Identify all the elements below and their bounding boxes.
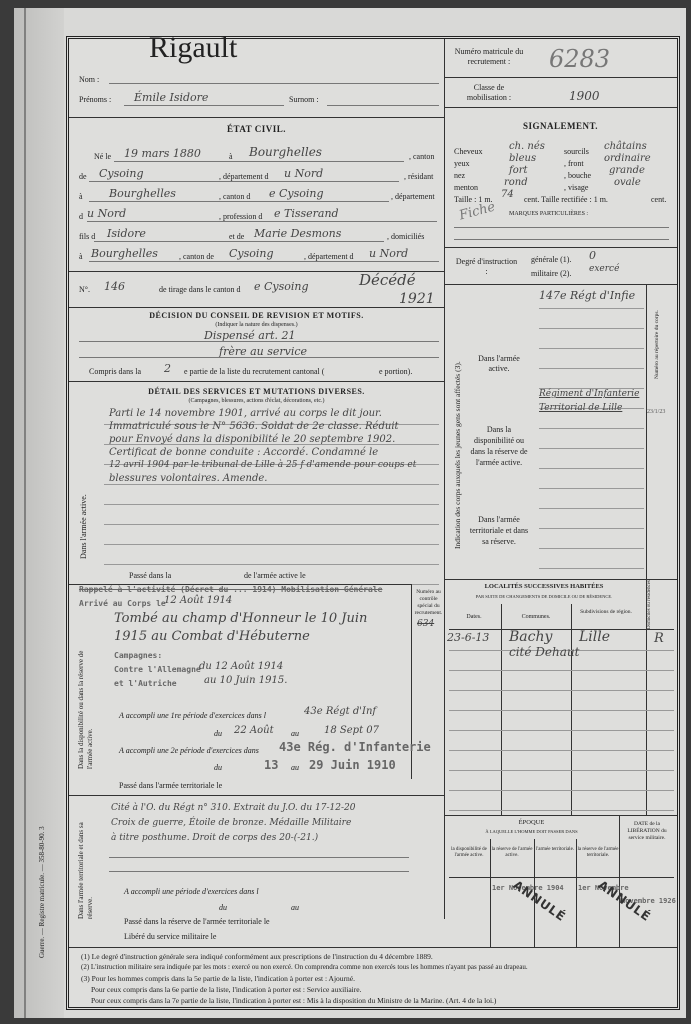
- arrive-date: 12 Août 1914: [164, 595, 232, 606]
- localite-date: 23-6-13: [447, 631, 489, 644]
- surnom-label: Surnom :: [289, 95, 319, 104]
- epoque-col-reserve-active: la réserve de l'armée active.: [491, 847, 533, 859]
- affectation-reserve-value-1: Régiment d'Infanterie: [539, 389, 639, 399]
- domicile-canton: Cysoing: [229, 247, 274, 260]
- nom-label: Nom :: [79, 75, 99, 84]
- birth-place: Bourghelles: [249, 145, 322, 159]
- localite-commune: Bachy: [509, 629, 552, 645]
- canton-prefix: de: [79, 172, 87, 181]
- instruction-label: Degré d'instruction :: [454, 257, 519, 277]
- periode-2-label: A accompli une 2e période d'exercices da…: [119, 746, 259, 755]
- rappele-stamp: Rappelé à l'activité (Décret du ... 1914…: [79, 585, 382, 594]
- campagne-1-dates: du 12 Août 1914: [199, 661, 283, 672]
- taille-cent2-label: cent.: [651, 195, 666, 204]
- decision-subtitle: (Indiquer la nature des dispenses.): [69, 322, 444, 328]
- service-line: blessures volontaires. Amende.: [109, 472, 416, 485]
- tirage-number: 146: [104, 280, 125, 293]
- birth-canton: Cysoing: [99, 167, 144, 180]
- instruction-militaire-value: exercé: [589, 264, 619, 274]
- matricule-value: 6283: [549, 45, 610, 73]
- localites-col-subdivisions: Subdivisions de région.: [571, 609, 641, 616]
- dispo-side-label: Dans la disponibilité ou dans la réserve…: [77, 639, 95, 769]
- prenoms-label: Prénoms :: [79, 95, 111, 104]
- domicile-prefix: à: [79, 252, 83, 261]
- visage-value: ovale: [614, 177, 641, 188]
- residence-dept-prefix: d: [79, 212, 83, 221]
- residence: Bourghelles: [109, 187, 176, 200]
- date-liberation-label: DATE de la LIBÉRATION du service militai…: [621, 821, 673, 842]
- affectation-reserve-note: 23/1/23: [647, 409, 665, 415]
- father-name: Isidore: [107, 227, 146, 240]
- affectation-territoriale-label: Dans l'armée territoriale et dans sa rés…: [469, 514, 529, 547]
- instruction-militaire-label: militaire (2).: [531, 269, 571, 278]
- citation-line: à titre posthume. Droit de corps des 20-…: [111, 831, 355, 846]
- decede-year: 1921: [399, 291, 435, 307]
- binding-spine: [24, 8, 26, 1018]
- affectation-side-label: Indication des corps auxquels les jeunes…: [453, 361, 462, 549]
- footnotes: (1) Le degré d'instruction générale sera…: [81, 951, 528, 1006]
- front-value: ordinaire: [604, 153, 651, 164]
- active-side-label: Dans l'armée active.: [79, 494, 88, 559]
- numero-label: Numéro au contrôle spécial du recrutemen…: [413, 589, 444, 617]
- sourcils-label: sourcils: [564, 147, 589, 156]
- nom-value: Rigault: [149, 31, 237, 65]
- arrive-stamp: Arrivé au Corps le: [79, 599, 166, 608]
- footnote-5: Pour ceux compris dans la 7e partie de l…: [81, 995, 528, 1006]
- campagne-2-dates: au 10 Juin 1915.: [204, 675, 287, 686]
- domicile-dept-label: , département d: [304, 252, 354, 261]
- localite-type: R: [654, 631, 664, 646]
- instruction-generale-label: générale (1).: [531, 255, 571, 264]
- localites-title: LOCALITÉS SUCCESSIVES HABITÉES: [444, 583, 644, 590]
- bouche-value: grande: [609, 165, 645, 176]
- service-line: Certificat de bonne conduite : Accordé. …: [109, 446, 416, 459]
- mother-name: Marie Desmons: [254, 227, 341, 240]
- front-label: , front: [564, 159, 584, 168]
- localites-subtitle: PAR SUITE DE CHANGEMENTS DE DOMICILE OU …: [444, 594, 644, 599]
- service-line: Immatriculé sous le N° 5636. Soldat de 2…: [109, 420, 416, 433]
- periode-1-au: 18 Sept 07: [324, 725, 379, 736]
- birth-dept: u Nord: [284, 167, 323, 180]
- yeux-label: yeux: [454, 159, 470, 168]
- visage-label: , visage: [564, 183, 588, 192]
- periode-2-au: 29 Juin 1910: [309, 758, 396, 772]
- periode-2-du: 13: [264, 758, 278, 772]
- service-line: 12 avril 1904 par le tribunal de Lille à…: [109, 459, 416, 472]
- campagne-1: Contre l'Allemagne: [114, 665, 201, 674]
- affectation-active-label: Dans l'armée active.: [469, 354, 529, 374]
- profession-label: , profession d: [219, 212, 262, 221]
- footnote-1: (1) Le degré d'instruction générale sera…: [81, 951, 528, 962]
- cheveux-label: Cheveux: [454, 147, 482, 156]
- libere-label: Libéré du service militaire le: [124, 932, 216, 941]
- profession: e Tisserand: [274, 207, 339, 220]
- localite-commune-2: cité Dehaut: [509, 645, 579, 659]
- death-line-2: 1915 au Combat d'Hébuterne: [114, 629, 310, 644]
- portion-text: e portion).: [379, 367, 412, 376]
- residence-dept-label: , département: [391, 192, 435, 201]
- citation-line: Cité à l'O. du Régt n° 310. Extrait du J…: [111, 801, 355, 816]
- compris-value: 2: [164, 362, 171, 375]
- tirage-label: N°.: [79, 285, 90, 294]
- compris-label: Compris dans la: [89, 367, 141, 376]
- affectation-reserve-value-2: Territorial de Lille: [539, 403, 622, 413]
- fils-label: fils d: [79, 232, 95, 241]
- periode-1-du: 22 Août: [234, 725, 274, 736]
- services-subtitle: (Campagnes, blessures, actions d'éclat, …: [69, 398, 444, 404]
- residant-label: , résidant: [404, 172, 433, 181]
- matricule-form: Rigault Nom : Prénoms : Émile Isidore Su…: [66, 36, 680, 1010]
- footnote-4: Pour ceux compris dans la 6e partie de l…: [81, 984, 528, 995]
- nez-label: nez: [454, 171, 465, 180]
- localites-col-communes: Communes.: [501, 614, 571, 620]
- periode-2-au-label: au: [291, 763, 299, 772]
- periode-terr-label: A accompli une période d'exercices dans …: [124, 887, 259, 896]
- periode-terr-du: du: [219, 903, 227, 912]
- birth-date: 19 mars 1880: [124, 147, 201, 160]
- yeux-value: bleus: [509, 153, 536, 164]
- instruction-generale-value: 0: [589, 249, 596, 262]
- epoque-col-reserve-territoriale: la réserve de l'armée territoriale.: [577, 847, 619, 859]
- matricule-label: Numéro matricule du recrutement :: [454, 47, 524, 67]
- localite-subdivision: Lille: [579, 629, 610, 645]
- reserve-terr-label: Passé dans la réserve de l'armée territo…: [124, 917, 270, 926]
- epoque-title: ÉPOQUE: [444, 819, 619, 826]
- residence-canton: e Cysoing: [269, 187, 324, 200]
- periode-1-label: A accompli une 1re période d'exercices d…: [119, 711, 266, 720]
- compris-text: e partie de la liste du recrutement cant…: [184, 367, 324, 376]
- passe-mid: de l'armée active le: [244, 571, 306, 580]
- classe-value: 1900: [569, 89, 600, 103]
- column-divider: [444, 39, 445, 919]
- domicile: Bourghelles: [91, 247, 158, 260]
- prenoms-value: Émile Isidore: [134, 91, 208, 104]
- campagne-2: et l'Autriche: [114, 679, 177, 688]
- menton-label: menton: [454, 183, 478, 192]
- services-lines: Parti le 14 novembre 1901, arrivé au cor…: [109, 407, 416, 485]
- tirage-text: de tirage dans le canton d: [159, 285, 241, 294]
- mere-label: et de: [229, 232, 244, 241]
- periode-2-stamp: 43e Rég. d'Infanterie: [279, 740, 431, 754]
- localites-col-dates: Dates.: [449, 614, 499, 620]
- passe-territoriale-label: Passé dans l'armée territoriale le: [119, 781, 222, 790]
- decision-title: DÉCISION DU CONSEIL DE REVISION ET MOTIF…: [69, 311, 444, 320]
- periode-1-du-label: du: [214, 729, 222, 738]
- dept-label: , département d: [219, 172, 269, 181]
- repertoire-label: Numéro au répertoire du corps.: [654, 310, 660, 379]
- territoriale-side-label: Dans l'armée territoriale et dans sa rés…: [77, 809, 95, 919]
- service-line: pour Envoyé dans la disponibilité le 20 …: [109, 433, 416, 446]
- epoque-subtitle: À LAQUELLE L'HOMME DOIT PASSER DANS: [444, 829, 619, 834]
- taille-value: 74: [501, 189, 514, 200]
- domicile-canton-label: , canton de: [179, 252, 214, 261]
- residence-canton-label: , canton d: [219, 192, 250, 201]
- numero-value: 634: [417, 619, 434, 629]
- citation-line: Croix de guerre, Étoile de bronze. Médai…: [111, 816, 355, 831]
- classe-label: Classe de mobilisation :: [454, 83, 524, 103]
- signalement-title: SIGNALEMENT.: [444, 121, 677, 131]
- services-title: DÉTAIL DES SERVICES ET MUTATIONS DIVERSE…: [69, 387, 444, 396]
- footnote-2: (2) L'instruction militaire sera indiqué…: [81, 962, 528, 973]
- sourcils-value: châtains: [604, 141, 647, 152]
- citation-block: Cité à l'O. du Régt n° 310. Extrait du J…: [111, 801, 355, 846]
- register-page: Guerre. — Registre matricule. — 358-80-9…: [14, 8, 686, 1018]
- death-line-1: Tombé au champ d'Honneur le 10 Juin: [114, 611, 367, 626]
- bouche-label: , bouche: [564, 171, 591, 180]
- canton-label: , canton: [409, 152, 434, 161]
- affectation-reserve-label: Dans la disponibilité ou dans la réserve…: [469, 424, 529, 468]
- periode-2-du-label: du: [214, 763, 222, 772]
- affectation-ruled: [539, 289, 644, 579]
- campagnes-label: Campagnes:: [114, 651, 162, 660]
- periode-1-value: 43e Régt d'Inf: [304, 706, 376, 717]
- cheveux-value: ch. nés: [509, 141, 545, 152]
- etat-civil-title: ÉTAT CIVIL.: [69, 124, 444, 134]
- periode-1-au-label: au: [291, 729, 299, 738]
- domicilies-label: , domiciliés: [387, 232, 424, 241]
- periode-terr-au: au: [291, 903, 299, 912]
- epoque-col-disponibilite: la disponibilité de l'armée active.: [449, 847, 489, 859]
- ne-le-label: Né le: [94, 152, 111, 161]
- repertoire-divider: [646, 284, 647, 579]
- localites-col-type: Domiciles ou résidences.: [647, 579, 652, 629]
- footnote-3: (3) Pour les hommes compris dans la 5e p…: [81, 973, 528, 984]
- decede-note: Décédé: [359, 271, 416, 289]
- marques-label: MARQUES PARTICULIÈRES :: [509, 211, 588, 217]
- taille-cent-label: cent. Taille rectifiée : 1 m.: [524, 195, 608, 204]
- menton-value: rond: [504, 177, 528, 188]
- residence-prefix: à: [79, 192, 83, 201]
- a-label: à: [229, 152, 233, 161]
- passe-label: Passé dans la: [129, 571, 171, 580]
- domicile-dept: u Nord: [369, 247, 408, 260]
- nez-value: fort: [509, 165, 528, 176]
- service-line: Parti le 14 novembre 1901, arrivé au cor…: [109, 407, 416, 420]
- tirage-canton: e Cysoing: [254, 280, 309, 293]
- margin-print: Guerre. — Registre matricule. — 358-80-9…: [38, 826, 46, 958]
- epoque-col-territoriale: l'armée territoriale.: [535, 847, 575, 853]
- residence-dept: u Nord: [87, 207, 126, 220]
